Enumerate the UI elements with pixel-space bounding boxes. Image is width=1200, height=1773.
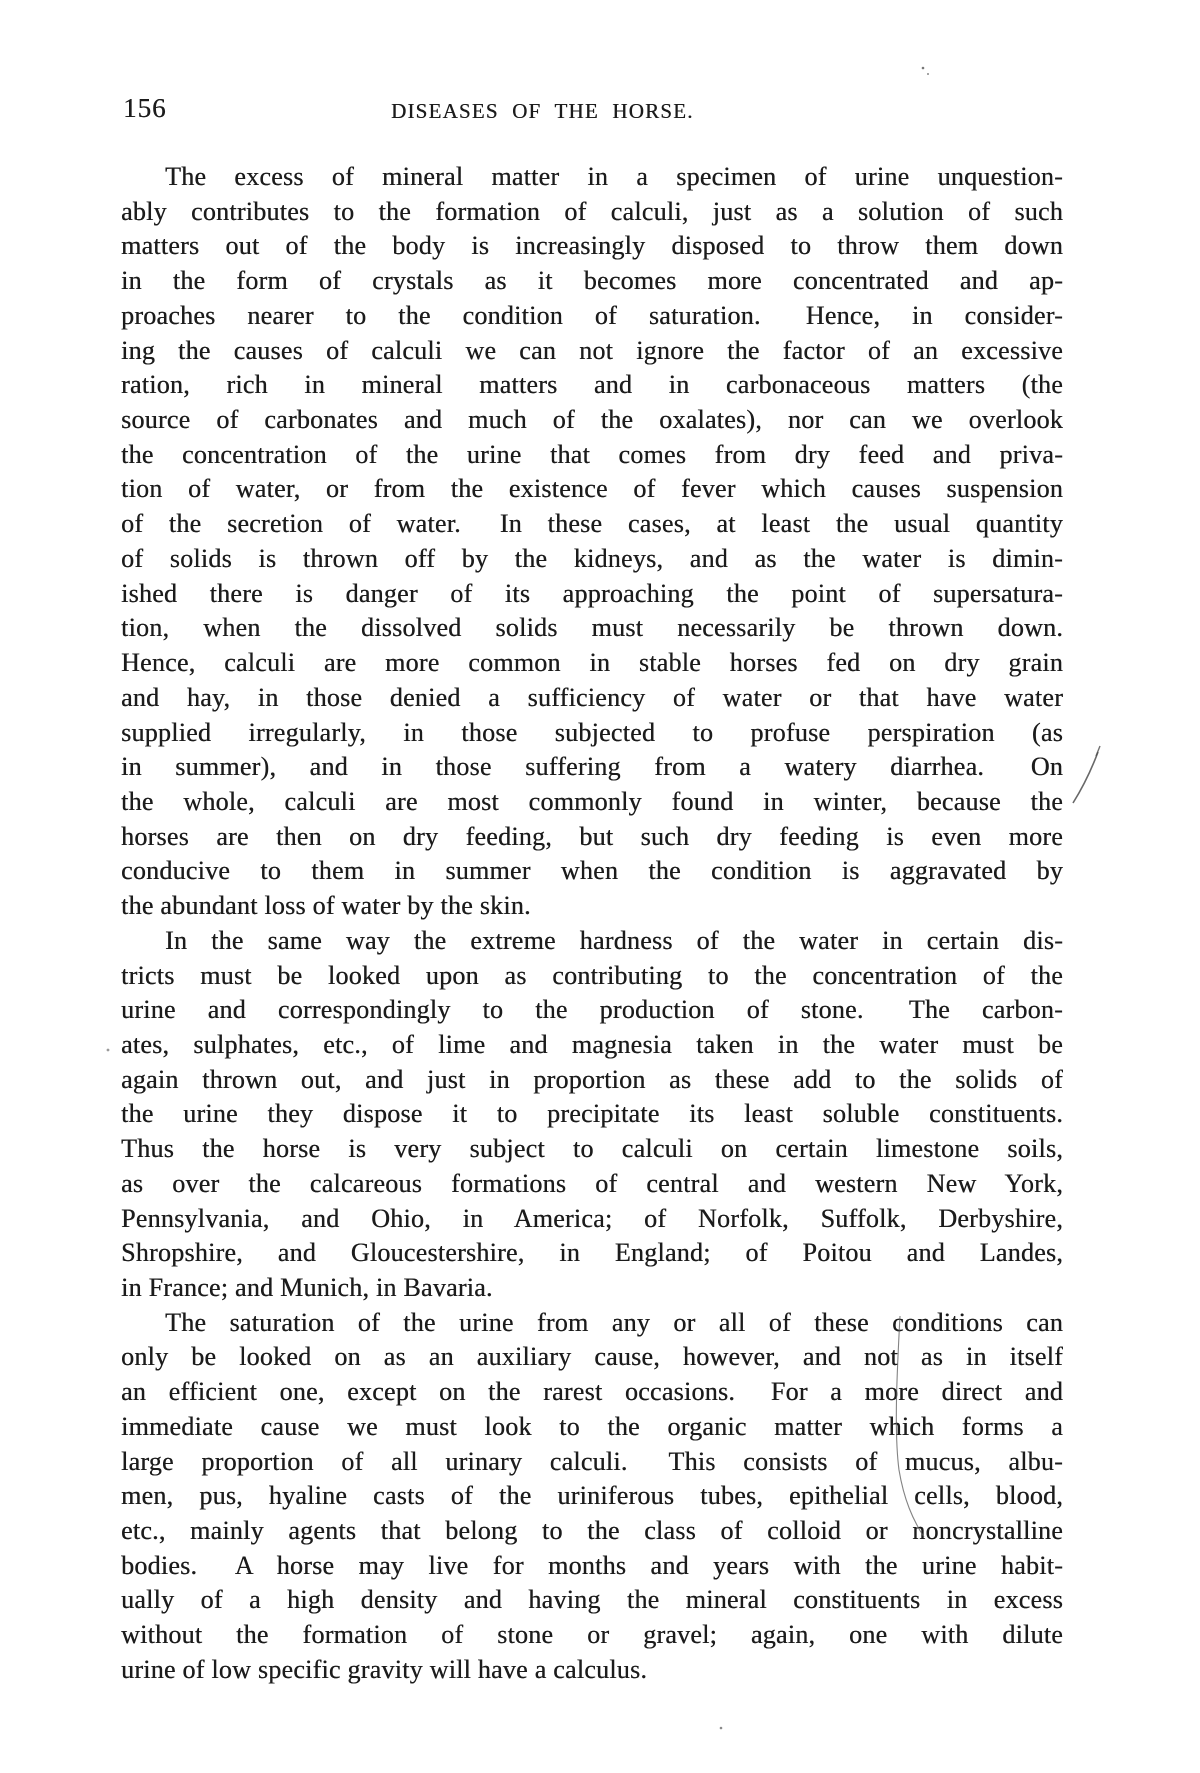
paragraph: The excess of mineral matter in a specim… bbox=[121, 160, 1063, 924]
text-line: ing the causes of calculi we can not ign… bbox=[121, 334, 1063, 369]
running-title: DISEASES OF THE HORSE. bbox=[391, 99, 694, 124]
text-line: ished there is danger of its approaching… bbox=[121, 577, 1063, 612]
text-line: ates, sulphates, etc., of lime and magne… bbox=[121, 1028, 1063, 1063]
text-line: men, pus, hyaline casts of the urinifero… bbox=[121, 1479, 1063, 1514]
paragraph: In the same way the extreme hardness of … bbox=[121, 924, 1063, 1306]
corner-speck bbox=[927, 73, 929, 75]
text-line: ration, rich in mineral matters and in c… bbox=[121, 368, 1063, 403]
text-line: in the form of crystals as it becomes mo… bbox=[121, 264, 1063, 299]
text-line: only be looked on as an auxiliary cause,… bbox=[121, 1340, 1063, 1375]
text-line: tricts must be looked upon as contributi… bbox=[121, 959, 1063, 994]
text-line: the abundant loss of water by the skin. bbox=[121, 889, 1063, 924]
text-line: the urine they dispose it to precipitate… bbox=[121, 1097, 1063, 1132]
text-line: tion, when the dissolved solids must nec… bbox=[121, 611, 1063, 646]
text-line: In the same way the extreme hardness of … bbox=[121, 924, 1063, 959]
text-line: immediate cause we must look to the orga… bbox=[121, 1410, 1063, 1445]
text-line: matters out of the body is increasingly … bbox=[121, 229, 1063, 264]
text-line: urine of low specific gravity will have … bbox=[121, 1653, 1063, 1688]
text-line: again thrown out, and just in proportion… bbox=[121, 1063, 1063, 1098]
text-line: etc., mainly agents that belong to the c… bbox=[121, 1514, 1063, 1549]
text-line: proaches nearer to the condition of satu… bbox=[121, 299, 1063, 334]
text-line: of solids is thrown off by the kidneys, … bbox=[121, 542, 1063, 577]
text-line: Thus the horse is very subject to calcul… bbox=[121, 1132, 1063, 1167]
margin-slash-tick-mark bbox=[1096, 746, 1100, 756]
text-line: source of carbonates and much of the oxa… bbox=[121, 403, 1063, 438]
text-line: in summer), and in those suffering from … bbox=[121, 750, 1063, 785]
text-line: supplied irregularly, in those subjected… bbox=[121, 716, 1063, 751]
book-page: 156 DISEASES OF THE HORSE. The excess of… bbox=[0, 0, 1200, 1773]
text-line: tion of water, or from the existence of … bbox=[121, 472, 1063, 507]
text-line: and hay, in those denied a sufficiency o… bbox=[121, 681, 1063, 716]
text-line: horses are then on dry feeding, but such… bbox=[121, 820, 1063, 855]
text-line: urine and correspondingly to the product… bbox=[121, 993, 1063, 1028]
text-line: Pennsylvania, and Ohio, in America; of N… bbox=[121, 1202, 1063, 1237]
text-line: without the formation of stone or gravel… bbox=[121, 1618, 1063, 1653]
text-line: the concentration of the urine that come… bbox=[121, 438, 1063, 473]
text-line: Hence, calculi are more common in stable… bbox=[121, 646, 1063, 681]
text-line: bodies. A horse may live for months and … bbox=[121, 1549, 1063, 1584]
text-line: as over the calcareous formations of cen… bbox=[121, 1167, 1063, 1202]
text-line: ually of a high density and having the m… bbox=[121, 1583, 1063, 1618]
text-line: in France; and Munich, in Bavaria. bbox=[121, 1271, 1063, 1306]
paragraph: The saturation of the urine from any or … bbox=[121, 1306, 1063, 1688]
text-line: large proportion of all urinary calculi.… bbox=[121, 1445, 1063, 1480]
text-line: The excess of mineral matter in a specim… bbox=[121, 160, 1063, 195]
text-line: conducive to them in summer when the con… bbox=[121, 854, 1063, 889]
corner-speck bbox=[922, 67, 925, 70]
page-number: 156 bbox=[123, 93, 167, 124]
text-line: an efficient one, except on the rarest o… bbox=[121, 1375, 1063, 1410]
body-text: The excess of mineral matter in a specim… bbox=[121, 160, 1063, 1688]
text-line: Shropshire, and Gloucestershire, in Engl… bbox=[121, 1236, 1063, 1271]
text-line: ably contributes to the formation of cal… bbox=[121, 195, 1063, 230]
bottom-speck bbox=[720, 1727, 723, 1730]
margin-speck bbox=[107, 1049, 110, 1052]
text-line: the whole, calculi are most commonly fou… bbox=[121, 785, 1063, 820]
text-line: The saturation of the urine from any or … bbox=[121, 1306, 1063, 1341]
margin-slash-mark bbox=[1073, 752, 1098, 803]
text-line: of the secretion of water. In these case… bbox=[121, 507, 1063, 542]
